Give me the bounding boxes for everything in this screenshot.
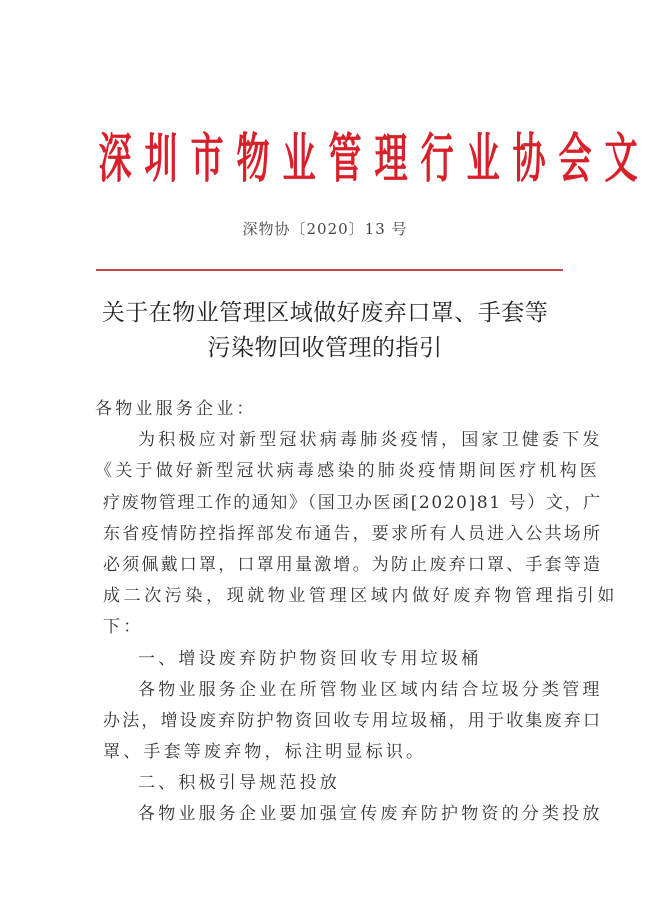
document-title: 关于在物业管理区域做好废弃口罩、手套等 污染物回收管理的指引 — [0, 296, 650, 366]
org-char: 市 — [190, 114, 223, 201]
section-2-heading: 二、积极引导规范投放 — [103, 768, 563, 799]
title-line-1: 关于在物业管理区域做好废弃口罩、手套等 — [0, 296, 650, 331]
document-body: 各物业服务企业： 为积极应对新型冠状病毒肺炎疫情，国家卫健委下发 《关于做好新型… — [103, 394, 563, 831]
org-char: 深 — [98, 114, 131, 201]
section-1-line: 罩、手套等废弃物，标注明显标识。 — [103, 737, 563, 768]
org-char: 业 — [282, 114, 315, 201]
section-1-line: 办法，增设废弃防护物资回收专用垃圾桶，用于收集废弃口 — [103, 706, 563, 737]
org-char: 理 — [374, 114, 407, 201]
paragraph-line: 为积极应对新型冠状病毒肺炎疫情，国家卫健委下发 — [103, 425, 563, 456]
paragraph-line: 成二次污染，现就物业管理区域内做好废弃物管理指引如 — [103, 581, 563, 612]
document-number: 深物协〔2020〕13 号 — [0, 218, 650, 239]
red-divider — [96, 269, 563, 271]
org-char: 管 — [328, 114, 361, 201]
section-2-line: 各物业服务企业要加强宣传废弃防护物资的分类投放 — [103, 799, 563, 830]
org-char: 业 — [466, 114, 499, 201]
section-1-line: 各物业服务企业在所管物业区域内结合垃圾分类管理 — [103, 675, 563, 706]
org-char: 圳 — [144, 114, 177, 201]
org-char: 行 — [420, 114, 453, 201]
section-1-heading: 一、增设废弃防护物资回收专用垃圾桶 — [103, 644, 563, 675]
paragraph-line: 疗废物管理工作的通知》（国卫办医函[2020]81 号）文，广 — [103, 488, 563, 519]
org-char: 物 — [236, 114, 269, 201]
paragraph-line: 必须佩戴口罩，口罩用量激增。为防止废弃口罩、手套等造 — [103, 550, 563, 581]
org-header: 深 圳 市 物 业 管 理 行 业 协 会 文 件 — [92, 120, 564, 196]
paragraph-line: 下： — [103, 612, 563, 643]
paragraph-line: 《关于做好新型冠状病毒感染的肺炎疫情期间医疗机构医 — [95, 456, 563, 487]
paragraph-line: 东省疫情防控指挥部发布通告，要求所有人员进入公共场所 — [103, 519, 563, 550]
doc-type-char: 文 — [604, 114, 637, 201]
salutation: 各物业服务企业： — [95, 394, 563, 425]
org-char: 协 — [512, 114, 545, 201]
org-char: 会 — [558, 114, 591, 201]
title-line-2: 污染物回收管理的指引 — [0, 331, 650, 366]
